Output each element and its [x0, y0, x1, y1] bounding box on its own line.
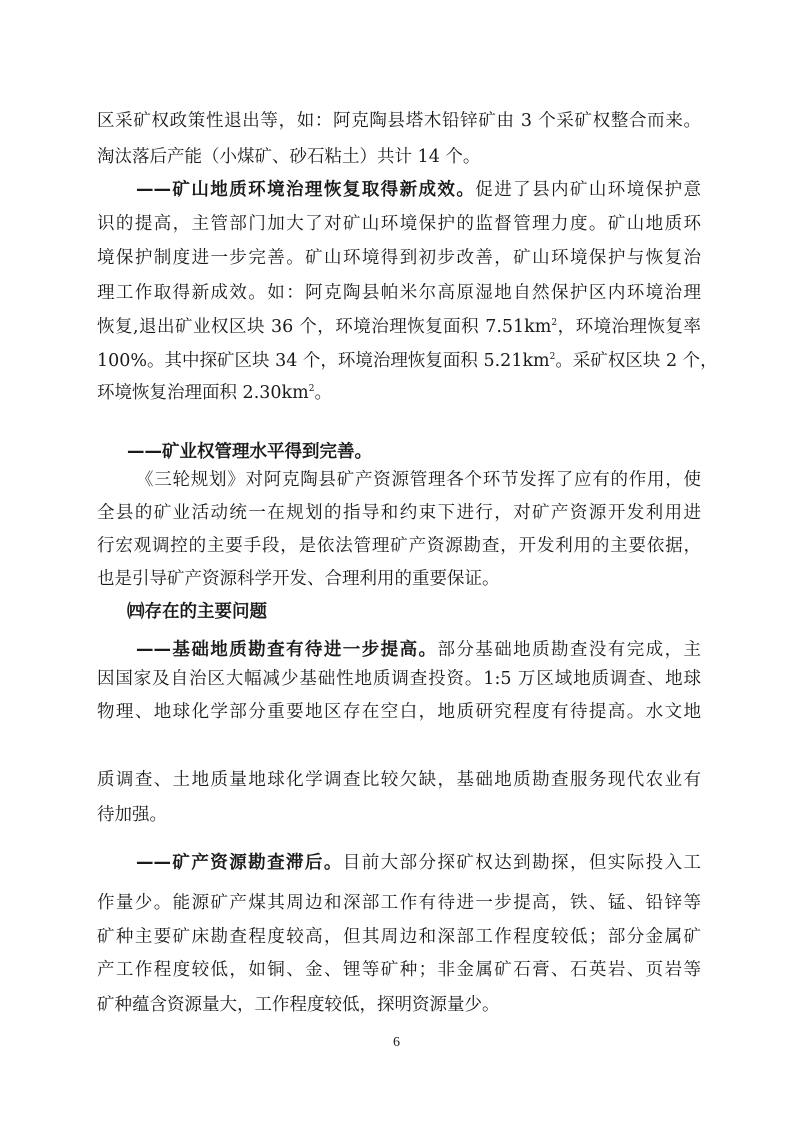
bold-heading: ——矿产资源勘查滞后。	[136, 853, 343, 873]
paragraph-line: 理工作取得新成效。如：阿克陶县帕米尔高原湿地自然保护区内环境治理	[97, 278, 701, 308]
section-heading-line: ——矿山地质环境治理恢复取得新成效。促进了县内矿山环境保护意	[136, 175, 701, 205]
text-run: 作量少。能源矿产煤其周边和深部工作有待进一步提高，铁、锰、铅锌等	[97, 893, 701, 913]
text-run: 产工作程度较低，如铜、金、锂等矿种；非金属矿石膏、石英岩、页岩等	[97, 960, 701, 980]
paragraph-line: 全县的矿业活动统一在规划的指导和约束下进行，对矿产资源开发利用进	[97, 498, 701, 528]
text-run: 因国家及自治区大幅减少基础性地质调查投资。1:5 万区域地质调查、地球	[97, 669, 701, 689]
page-number: 6	[0, 1035, 793, 1051]
text-run: 理工作取得新成效。如：阿克陶县帕米尔高原湿地自然保护区内环境治理	[97, 283, 701, 303]
text-run: 淘汰落后产能（小煤矿、砂石粘土）共计 14 个。	[97, 147, 480, 167]
text-run: 全县的矿业活动统一在规划的指导和约束下进行，对矿产资源开发利用进	[97, 503, 701, 523]
paragraph-line: 作量少。能源矿产煤其周边和深部工作有待进一步提高，铁、锰、铅锌等	[97, 888, 701, 918]
paragraph-line: 环境恢复治理面积 2.30km2。	[97, 378, 701, 408]
section-heading-line: ——基础地质勘查有待进一步提高。部分基础地质勘查没有完成，主	[136, 635, 701, 665]
paragraph-line: 因国家及自治区大幅减少基础性地质调查投资。1:5 万区域地质调查、地球	[97, 664, 701, 694]
text-run: 行宏观调控的主要手段，是依法管理矿产资源勘查，开发利用的主要依据，	[97, 536, 701, 556]
text-run: 矿种主要矿床勘查程度较高，但其周边和深部工作程度较低；部分金属矿	[97, 927, 701, 947]
text-run: 。	[314, 383, 332, 403]
bold-heading: ——矿山地质环境治理恢复取得新成效。	[136, 180, 475, 200]
text-run: 质调查、土地质量地球化学调查比较欠缺，基础地质勘查服务现代农业有	[97, 770, 701, 790]
text-run: 促进了县内矿山环境保护意	[475, 180, 701, 200]
bold-heading: ——基础地质勘查有待进一步提高。	[136, 640, 437, 660]
paragraph-line: 100%。其中探矿区块 34 个，环境治理恢复面积 5.21km2。采矿权区块 …	[97, 346, 701, 376]
text-run: 待加强。	[97, 805, 167, 825]
bold-heading: ——矿业权管理水平得到完善。	[127, 442, 372, 462]
paragraph-line: 境保护制度进一步完善。矿山环境得到初步改善，矿山环境保护与恢复治	[97, 243, 701, 273]
text-run: 《三轮规划》对阿克陶县矿产资源管理各个环节发挥了应有的作用，使	[136, 470, 701, 490]
paragraph-line: 待加强。	[97, 800, 701, 830]
text-run: 恢复,退出矿业权区块 36 个，环境治理恢复面积 7.51km	[97, 317, 551, 337]
paragraph-line: 产工作程度较低，如铜、金、锂等矿种；非金属矿石膏、石英岩、页岩等	[97, 955, 701, 985]
text-run: 识的提高，主管部门加大了对矿山环境保护的监督管理力度。矿山地质环	[97, 214, 701, 234]
paragraph-line: 识的提高，主管部门加大了对矿山环境保护的监督管理力度。矿山地质环	[97, 209, 701, 239]
paragraph-line: 行宏观调控的主要手段，是依法管理矿产资源勘查，开发利用的主要依据，	[97, 531, 701, 561]
text-run: 物理、地球化学部分重要地区存在空白，地质研究程度有待提高。水文地	[97, 702, 701, 722]
text-run: ，环境治理恢复率	[557, 317, 701, 337]
text-run: 境保护制度进一步完善。矿山环境得到初步改善，矿山环境保护与恢复治	[97, 248, 701, 268]
paragraph-line: 《三轮规划》对阿克陶县矿产资源管理各个环节发挥了应有的作用，使	[136, 465, 701, 495]
text-run: 100%。其中探矿区块 34 个，环境治理恢复面积 5.21km	[97, 351, 550, 371]
section-heading-line: ——矿产资源勘查滞后。目前大部分探矿权达到勘探，但实际投入工	[136, 848, 701, 878]
subsection-heading: ㈣存在的主要问题	[127, 597, 701, 627]
section-heading-line: ——矿业权管理水平得到完善。	[127, 437, 701, 467]
document-page: 区采矿权政策性退出等，如：阿克陶县塔木铅锌矿由 3 个采矿权整合而来。 淘汰落后…	[0, 0, 793, 1122]
text-run: 矿种蕴含资源量大，工作程度较低，探明资源量少。	[97, 995, 500, 1015]
bold-heading: ㈣存在的主要问题	[127, 602, 267, 622]
text-run: 。采矿权区块 2 个，	[555, 351, 717, 371]
paragraph-line: 矿种蕴含资源量大，工作程度较低，探明资源量少。	[97, 990, 701, 1020]
paragraph-line: 物理、地球化学部分重要地区存在空白，地质研究程度有待提高。水文地	[97, 697, 701, 727]
paragraph-line: 质调查、土地质量地球化学调查比较欠缺，基础地质勘查服务现代农业有	[97, 765, 701, 795]
paragraph-line: 淘汰落后产能（小煤矿、砂石粘土）共计 14 个。	[97, 142, 701, 172]
text-run: 也是引导矿产资源科学开发、合理利用的重要保证。	[97, 569, 500, 589]
paragraph-line: 也是引导矿产资源科学开发、合理利用的重要保证。	[97, 564, 701, 594]
text-run: 区采矿权政策性退出等，如：阿克陶县塔木铅锌矿由 3 个采矿权整合而来。	[97, 111, 701, 131]
paragraph-line: 区采矿权政策性退出等，如：阿克陶县塔木铅锌矿由 3 个采矿权整合而来。	[97, 106, 701, 136]
paragraph-line: 矿种主要矿床勘查程度较高，但其周边和深部工作程度较低；部分金属矿	[97, 922, 701, 952]
text-run: 部分基础地质勘查没有完成，主	[437, 640, 701, 660]
text-run: 环境恢复治理面积 2.30km	[97, 383, 309, 403]
text-run: 目前大部分探矿权达到勘探，但实际投入工	[343, 853, 701, 873]
paragraph-line: 恢复,退出矿业权区块 36 个，环境治理恢复面积 7.51km2，环境治理恢复率	[97, 312, 701, 342]
